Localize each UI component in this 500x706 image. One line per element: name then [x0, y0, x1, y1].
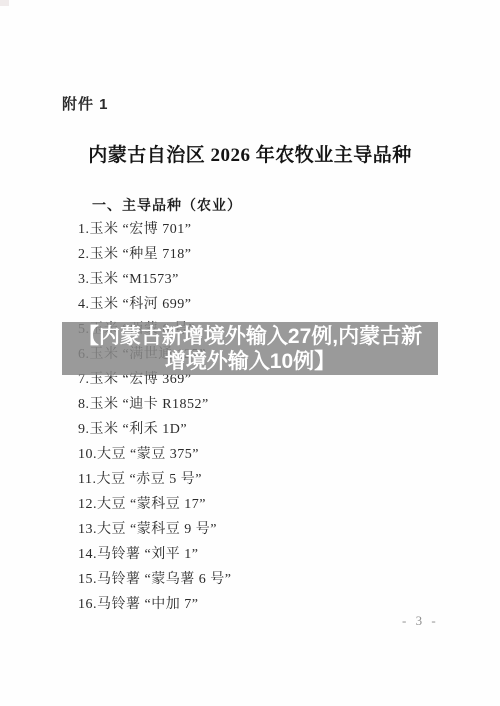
news-caption-overlay: 【内蒙古新增境外输入27例,内蒙古新 增境外输入10例】: [62, 322, 438, 375]
list-item: 10.大豆 “蒙豆 375”: [78, 442, 438, 467]
page-number: - 3 -: [402, 613, 439, 629]
list-item: 16.马铃薯 “中加 7”: [78, 592, 438, 617]
list-item: 14.马铃薯 “刘平 1”: [78, 542, 438, 567]
list-item: 9.玉米 “利禾 1D”: [78, 417, 438, 442]
list-item: 12.大豆 “蒙科豆 17”: [78, 492, 438, 517]
document-page: 附件 1 内蒙古自治区 2026 年农牧业主导品种 一、主导品种（农业） 1.玉…: [0, 0, 500, 706]
section-heading: 一、主导品种（农业）: [92, 195, 242, 215]
list-item: 3.玉米 “M1573”: [78, 267, 438, 292]
overlay-text-line-1: 【内蒙古新增境外输入27例,内蒙古新: [62, 324, 438, 349]
list-item: 1.玉米 “宏博 701”: [78, 217, 438, 242]
overlay-text-line-2: 增境外输入10例】: [62, 349, 438, 374]
variety-list: 1.玉米 “宏博 701” 2.玉米 “种星 718” 3.玉米 “M1573”…: [78, 217, 438, 617]
scan-artifact: [0, 0, 9, 6]
attachment-label: 附件 1: [62, 93, 109, 114]
document-title: 内蒙古自治区 2026 年农牧业主导品种: [0, 140, 500, 167]
list-item: 8.玉米 “迪卡 R1852”: [78, 392, 438, 417]
list-item: 4.玉米 “科河 699”: [78, 292, 438, 317]
list-item: 2.玉米 “种星 718”: [78, 242, 438, 267]
list-item: 15.马铃薯 “蒙乌薯 6 号”: [78, 567, 438, 592]
list-item: 13.大豆 “蒙科豆 9 号”: [78, 517, 438, 542]
list-item: 11.大豆 “赤豆 5 号”: [78, 467, 438, 492]
